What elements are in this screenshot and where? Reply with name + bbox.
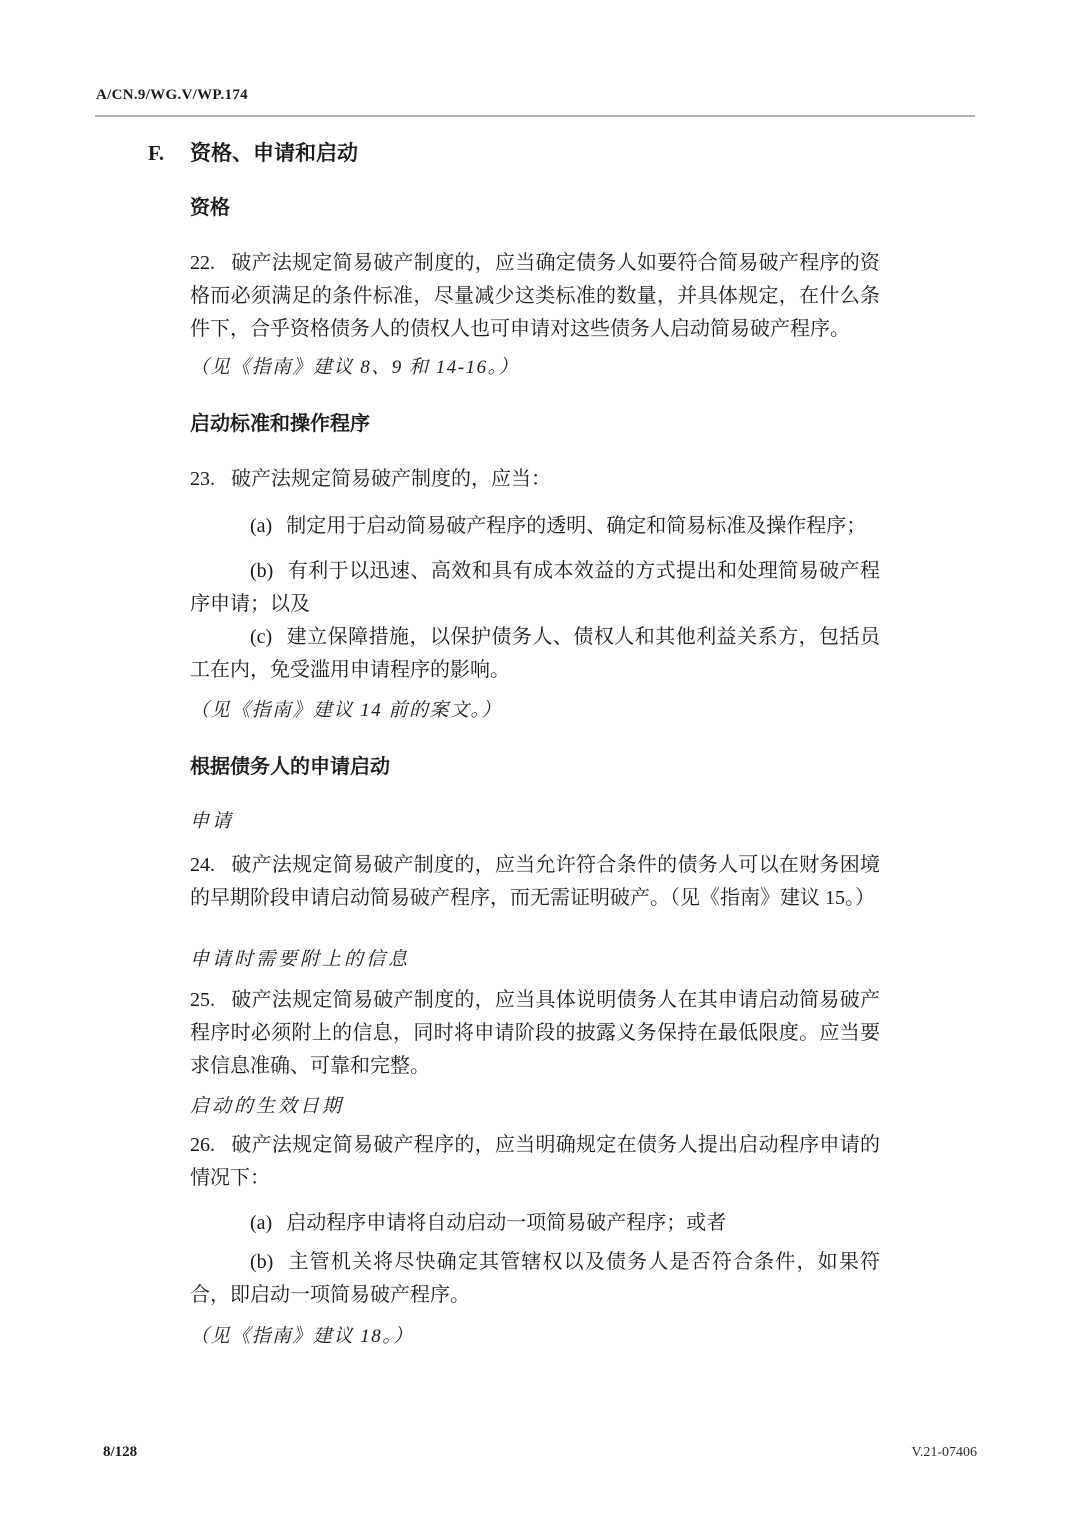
paragraph-26: 26.破产法规定简易破产程序的，应当明确规定在债务人提出启动程序申请的情况下： [190,1129,880,1195]
section-number: F. [148,139,164,167]
list-item-text: 主管机关将尽快确定其管辖权以及债务人是否符合条件，如果符合，即启动一项简易破产程… [190,1251,880,1306]
subsection-heading-debtor-application: 根据债务人的申请启动 [190,754,880,780]
guide-reference-3: （见《指南》建议 18。） [190,1324,880,1350]
paragraph-text: 破产法规定简易破产制度的，应当确定债务人如要符合简易破产程序的资格而必须满足的条… [190,252,880,340]
paragraph-text: 破产法规定简易破产制度的，应当具体说明债务人在其申请启动简易破产程序时必须附上的… [190,989,880,1077]
italic-heading-information: 申请时需要附上的信息 [190,947,880,973]
document-page: A/CN.9/WG.V/WP.174 F. 资格、申请和启动 资格 22.破产法… [0,0,1080,1526]
paragraph-25: 25.破产法规定简易破产制度的，应当具体说明债务人在其申请启动简易破产程序时必须… [190,984,880,1083]
subsection-heading-commencement-standards: 启动标准和操作程序 [190,411,880,437]
list-item-label: (c) [250,626,272,648]
document-code: V.21-07406 [912,1445,977,1461]
section-heading: F. 资格、申请和启动 [190,139,880,167]
guide-reference-1: （见《指南》建议 8、9 和 14-16。） [190,355,880,381]
paragraph-text: 破产法规定简易破产制度的，应当允许符合条件的债务人可以在财务困境的早期阶段申请启… [190,854,880,909]
paragraph-number: 26. [190,1134,215,1156]
list-item-label: (b) [250,560,273,582]
paragraph-number: 24. [190,854,215,876]
paragraph-22: 22.破产法规定简易破产制度的，应当确定债务人如要符合简易破产程序的资格而必须满… [190,247,880,346]
section-title: 资格、申请和启动 [190,141,358,165]
paragraph-text: 破产法规定简易破产制度的，应当： [231,468,551,490]
list-item-26a: (a)启动程序申请将自动启动一项简易破产程序；或者 [190,1207,880,1240]
paragraph-24: 24.破产法规定简易破产制度的，应当允许符合条件的债务人可以在财务困境的早期阶段… [190,849,880,915]
document-symbol: A/CN.9/WG.V/WP.174 [96,87,248,104]
list-item-23b: (b)有利于以迅速、高效和具有成本效益的方式提出和处理简易破产程序申请；以及 [190,555,880,621]
list-item-23a: (a)制定用于启动简易破产程序的透明、确定和简易标准及操作程序； [190,510,880,543]
paragraph-number: 23. [190,468,215,490]
list-item-26b: (b)主管机关将尽快确定其管辖权以及债务人是否符合条件，如果符合，即启动一项简易… [190,1246,880,1312]
page-number: 8/128 [103,1444,137,1461]
paragraph-number: 25. [190,989,215,1011]
paragraph-23: 23.破产法规定简易破产制度的，应当： [190,463,880,496]
list-item-text: 制定用于启动简易破产程序的透明、确定和简易标准及操作程序； [286,515,866,537]
paragraph-number: 22. [190,252,215,274]
italic-heading-application: 申请 [190,809,880,835]
subsection-heading-eligibility: 资格 [190,195,880,221]
list-item-23c: (c)建立保障措施，以保护债务人、债权人和其他利益关系方，包括员工在内，免受滥用… [190,621,880,687]
italic-heading-effective-date: 启动的生效日期 [190,1094,880,1120]
list-item-text: 建立保障措施，以保护债务人、债权人和其他利益关系方，包括员工在内，免受滥用申请程… [190,626,880,681]
list-item-text: 有利于以迅速、高效和具有成本效益的方式提出和处理简易破产程序申请；以及 [190,560,880,615]
list-item-label: (b) [250,1251,273,1273]
document-content: F. 资格、申请和启动 资格 22.破产法规定简易破产制度的，应当确定债务人如要… [190,136,880,1350]
header-rule [95,115,975,117]
list-item-label: (a) [250,1212,272,1234]
list-item-text: 启动程序申请将自动启动一项简易破产程序；或者 [286,1212,726,1234]
guide-reference-2: （见《指南》建议 14 前的案文。） [190,698,880,724]
paragraph-text: 破产法规定简易破产程序的，应当明确规定在债务人提出启动程序申请的情况下： [190,1134,880,1189]
list-item-label: (a) [250,515,272,537]
